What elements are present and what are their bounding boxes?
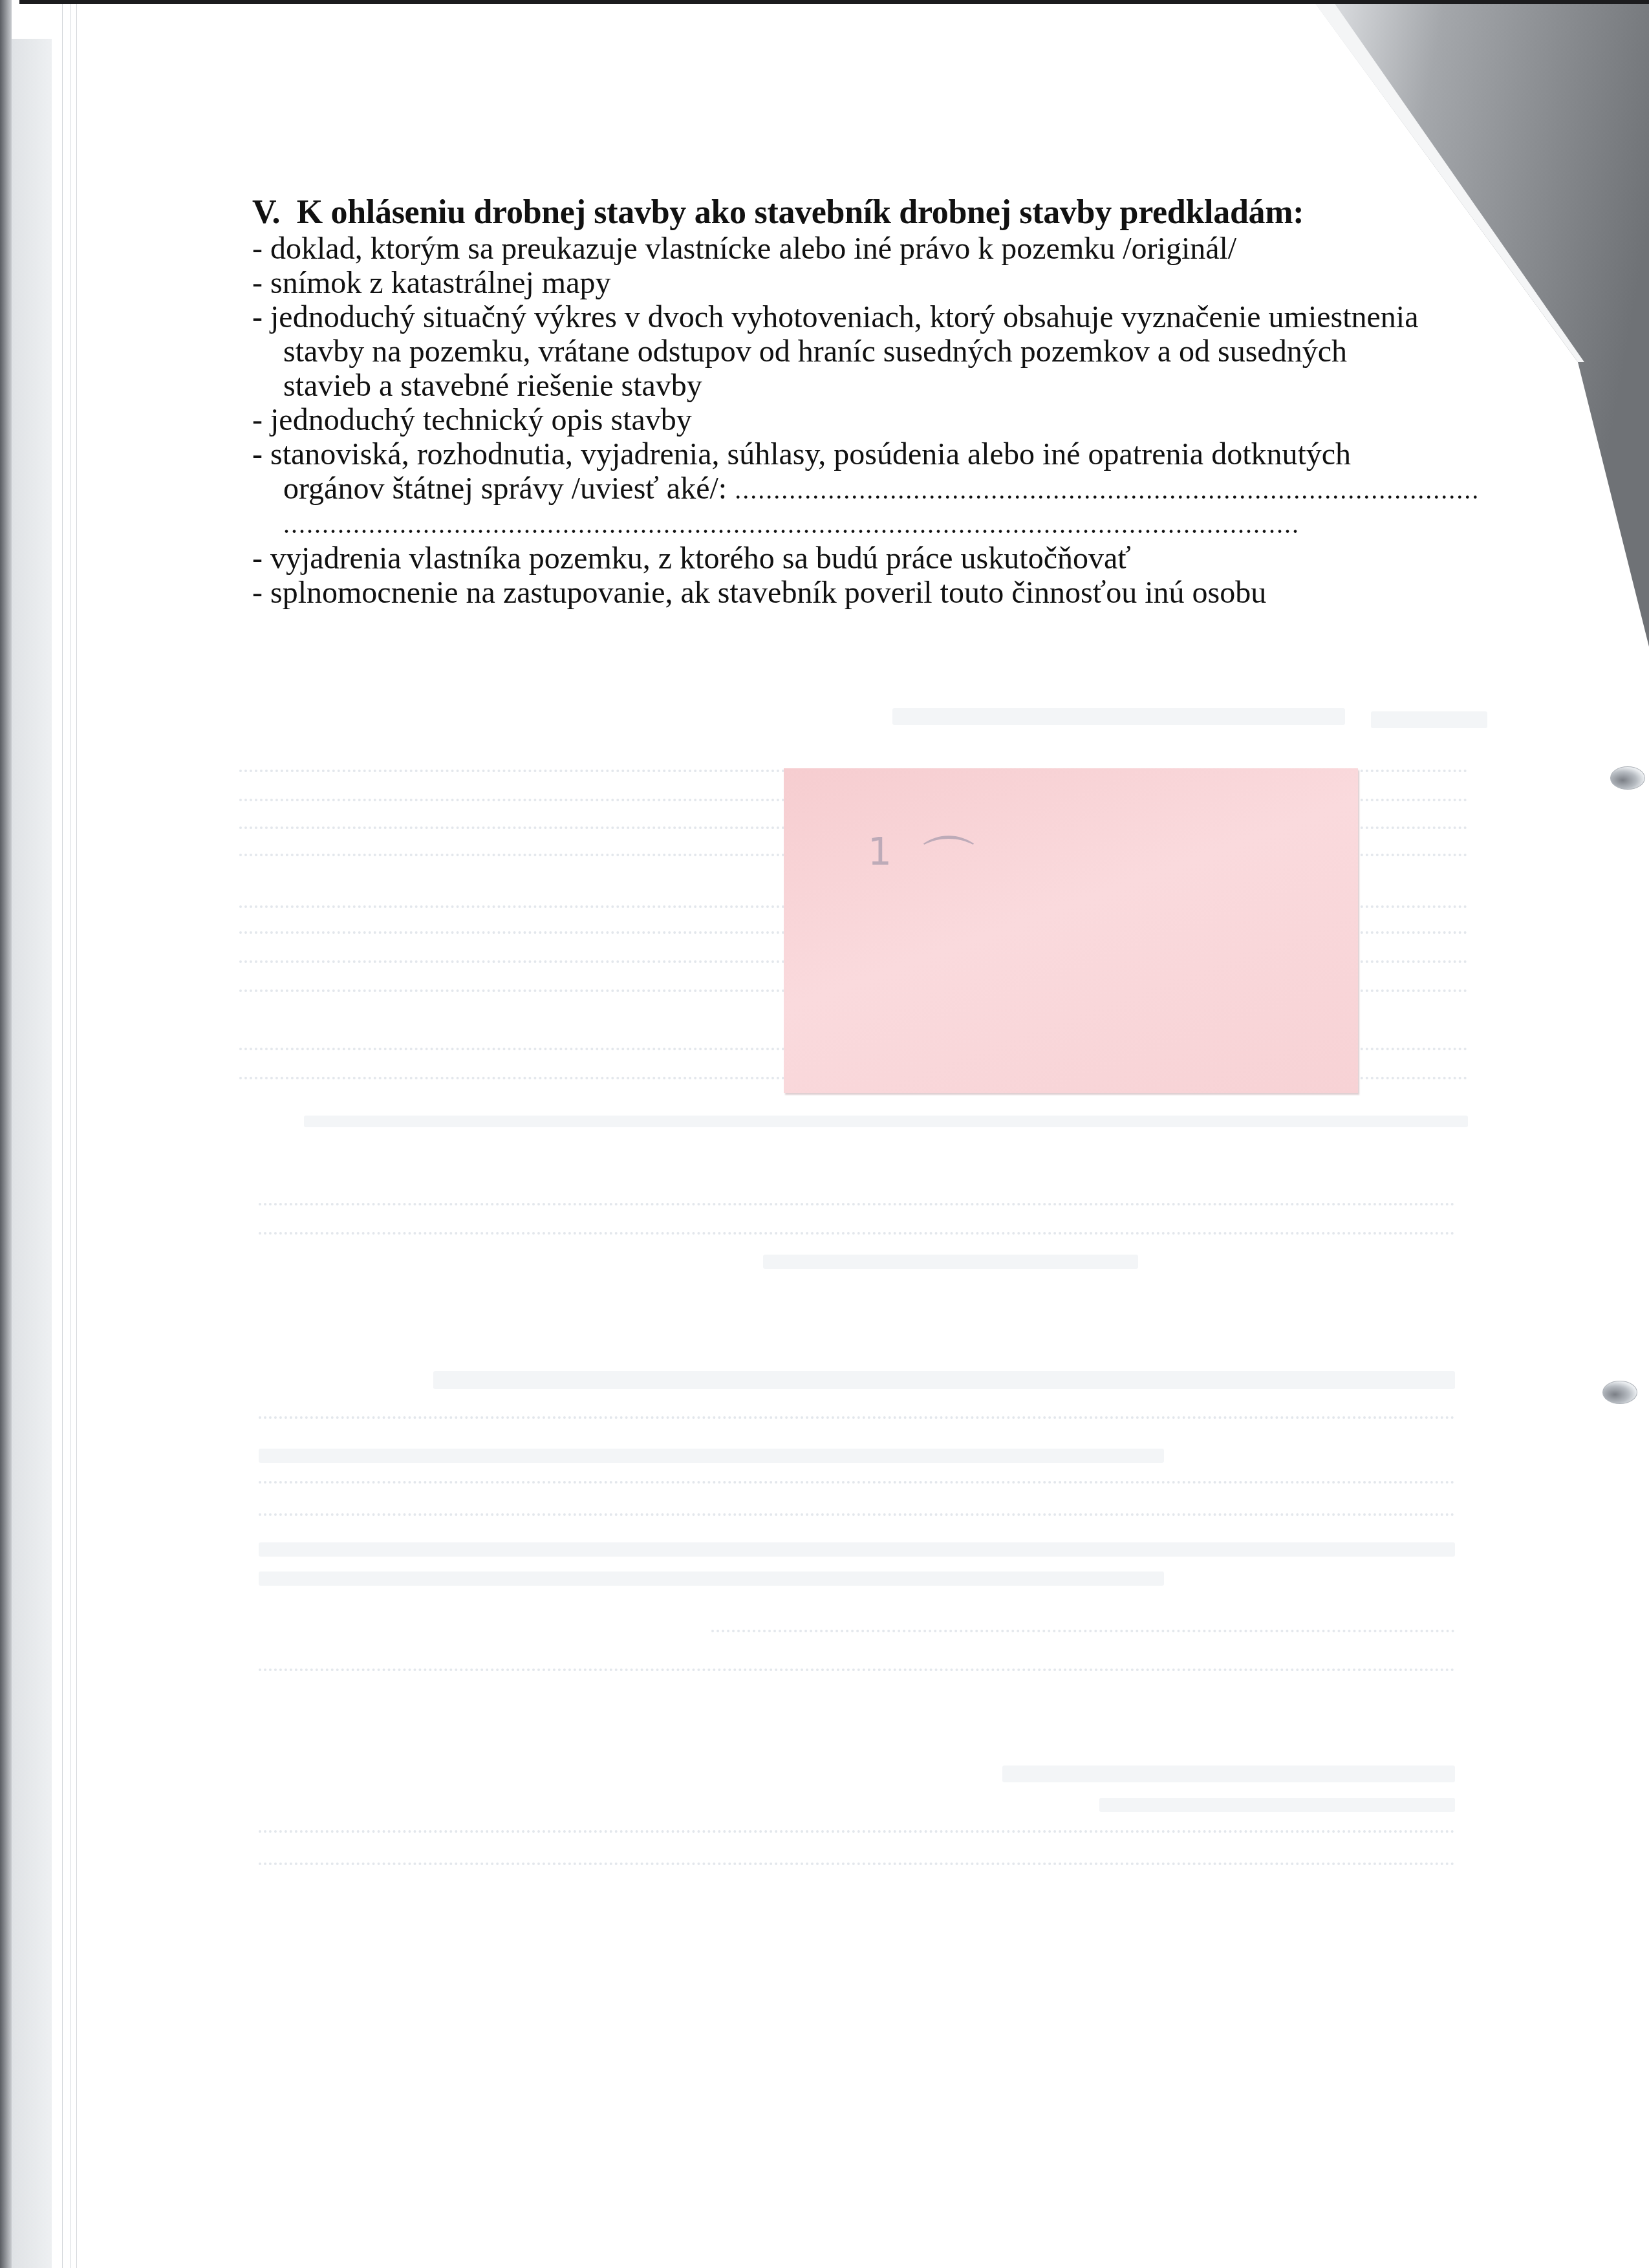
underlying-sheet bbox=[12, 39, 52, 2268]
section-title: V. K ohláseniu drobnej stavby ako staveb… bbox=[252, 194, 1481, 232]
list-item: - stanoviská, rozhodnutia, vyjadrenia, s… bbox=[252, 437, 1481, 541]
authorities-fill-field-line-2[interactable]: ........................................… bbox=[272, 507, 1481, 541]
scan-border bbox=[19, 0, 1649, 4]
handwritten-mark: 1 bbox=[868, 830, 892, 874]
list-item: - vyjadrenia vlastníka pozemku, z ktoréh… bbox=[252, 541, 1481, 576]
scanner-edge bbox=[0, 0, 12, 2268]
section-v: V. K ohláseniu drobnej stavby ako staveb… bbox=[252, 194, 1481, 610]
sticky-note: 1 ⌒ bbox=[784, 768, 1358, 1093]
sheet-edge bbox=[70, 0, 70, 2268]
sheet-edge bbox=[62, 0, 63, 2268]
sheet-edge bbox=[76, 0, 77, 2268]
authorities-fill-field[interactable]: ........................................… bbox=[735, 475, 1481, 504]
punch-hole bbox=[1602, 1381, 1637, 1404]
list-item: - jednoduchý technický opis stavby bbox=[252, 403, 1481, 437]
section-heading: K ohláseniu drobnej stavby ako stavebník… bbox=[297, 194, 1304, 231]
list-item: - doklad, ktorým sa preukazuje vlastníck… bbox=[252, 232, 1481, 266]
section-number: V. bbox=[252, 194, 280, 231]
handwritten-mark: ⌒ bbox=[923, 820, 975, 894]
punch-hole bbox=[1610, 766, 1645, 790]
list-item: - splnomocnenie na zastupovanie, ak stav… bbox=[252, 576, 1481, 610]
list-item: - jednoduchý situačný výkres v dvoch vyh… bbox=[252, 300, 1481, 403]
attachments-list: - doklad, ktorým sa preukazuje vlastníck… bbox=[252, 232, 1481, 610]
list-item: - snímok z katastrálnej mapy bbox=[252, 266, 1481, 300]
